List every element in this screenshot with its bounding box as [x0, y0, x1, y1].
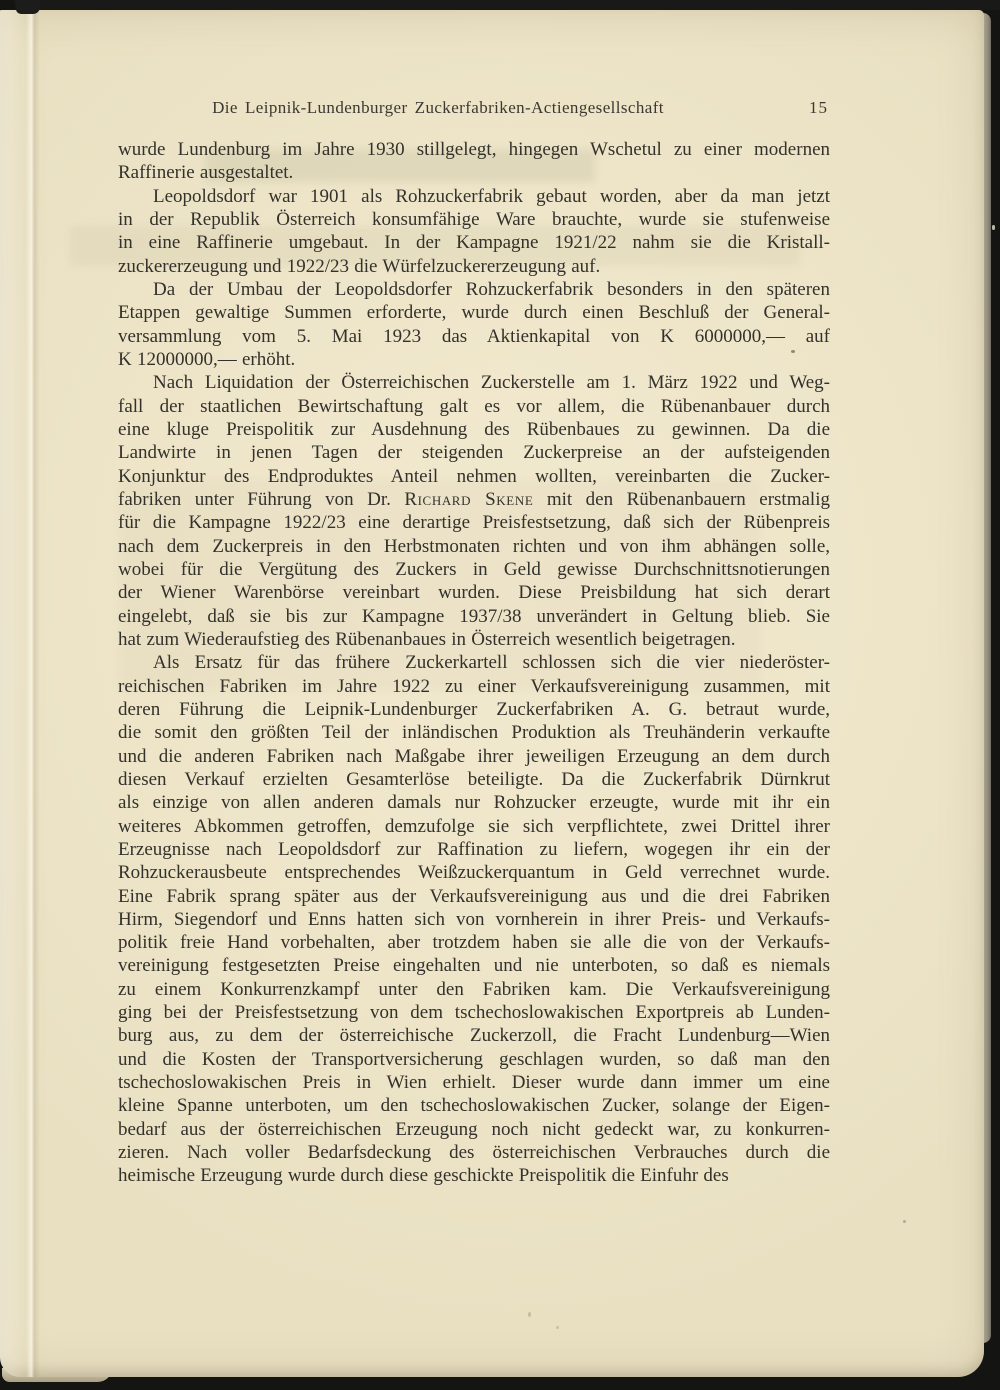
- text-line: Nach Liquidation der Österreichischen Zu…: [118, 371, 830, 394]
- scanned-book-page-screenshot: { "page": { "header": { "title": "Die Le…: [0, 0, 1000, 1390]
- text-line: Raffinerie ausgestaltet.: [118, 161, 830, 184]
- text-line: heimische Erzeugung wurde durch diese ge…: [118, 1164, 830, 1187]
- text-line: diesen Verkauf erzielten Gesamterlöse be…: [118, 768, 830, 791]
- text-line: Etappen gewaltige Summen erforderte, wur…: [118, 301, 830, 324]
- print-speck: [556, 1326, 559, 1329]
- text-line: weiteres Abkommen getroffen, demzufolge …: [118, 815, 830, 838]
- text-line: in eine Raffinerie umgebaut. In der Kamp…: [118, 231, 830, 254]
- text-line: fabriken unter Führung von Dr. Richard S…: [118, 488, 830, 511]
- text-line: Als Ersatz für das frühere Zuckerkartell…: [118, 651, 830, 674]
- text-line: vereinigung festgesetzten Preise eingeha…: [118, 954, 830, 977]
- text-line: Konjunktur des Endproduktes Anteil nehme…: [118, 465, 830, 488]
- text-run: fabriken unter Führung von Dr.: [118, 489, 404, 510]
- text-line: deren Führung die Leipnik-Lundenburger Z…: [118, 698, 830, 721]
- binding-crease: [26, 10, 40, 1377]
- text-line: und die anderen Fabriken nach Maßgabe ih…: [118, 745, 830, 768]
- text-line: eine kluge Preispolitik zur Ausdehnung d…: [118, 418, 830, 441]
- text-line: reichischen Fabriken im Jahre 1922 zu ei…: [118, 675, 830, 698]
- text-line: zuckererzeugung und 1922/23 die Würfelzu…: [118, 255, 830, 278]
- text-line: kleine Spanne unterboten, um den tschech…: [118, 1094, 830, 1117]
- text-line: der Wiener Warenbörse vereinbart wurden.…: [118, 581, 830, 604]
- text-line: zieren. Nach voller Bedarfsdeckung des ö…: [118, 1141, 830, 1164]
- text-line: ging bei der Preisfestsetzung von dem ts…: [118, 1001, 830, 1024]
- scan-top-edge-band: [14, 0, 1000, 10]
- scan-top-edge-band-tip: [16, 0, 40, 14]
- small-caps-name: Richard Skene: [404, 489, 533, 510]
- page-number: 15: [809, 98, 828, 118]
- text-line: wurde Lundenburg im Jahre 1930 stillgele…: [118, 138, 830, 161]
- text-line: eingelebt, daß sie bis zur Kampagne 1937…: [118, 605, 830, 628]
- print-speck: [791, 350, 795, 353]
- print-speck: [528, 1312, 531, 1317]
- text-line: hat zum Wiederaufstieg des Rübenanbaues …: [118, 628, 830, 651]
- text-line: tschechoslowakischen Preis in Wien erhie…: [118, 1071, 830, 1094]
- text-line: wobei für die Vergütung des Zuckers in G…: [118, 558, 830, 581]
- scanner-background: Die Leipnik-Lundenburger Zuckerfabriken-…: [0, 0, 1000, 1390]
- text-line: bedarf aus der österreichischen Erzeugun…: [118, 1118, 830, 1141]
- text-line: für die Kampagne 1922/23 eine derartige …: [118, 511, 830, 534]
- text-line: als einzige von allen anderen damals nur…: [118, 791, 830, 814]
- text-line: in der Republik Österreich konsumfähige …: [118, 208, 830, 231]
- text-line: politik freie Hand vorbehalten, aber tro…: [118, 931, 830, 954]
- text-line: Erzeugnisse nach Leopoldsdorf zur Raffin…: [118, 838, 830, 861]
- text-line: Rohzuckerausbeute entsprechendes Weißzuc…: [118, 861, 830, 884]
- page-body-text: wurde Lundenburg im Jahre 1930 stillgele…: [118, 138, 830, 1188]
- text-line: die somit den größten Teil der inländisc…: [118, 721, 830, 744]
- text-line: versammlung vom 5. Mai 1923 das Aktienka…: [118, 325, 830, 348]
- text-line: Hirm, Siegendorf und Enns hatten sich vo…: [118, 908, 830, 931]
- text-line: burg aus, zu dem der österreichische Zuc…: [118, 1024, 830, 1047]
- text-run: mit den Rübenanbauern erstmalig: [533, 489, 830, 510]
- print-speck: [903, 1220, 906, 1223]
- book-page: Die Leipnik-Lundenburger Zuckerfabriken-…: [0, 10, 984, 1377]
- header-title: Die Leipnik-Lundenburger Zuckerfabriken-…: [118, 98, 830, 118]
- text-line: Landwirte in jenen Tagen der steigenden …: [118, 441, 830, 464]
- text-line: und die Kosten der Transportversicherung…: [118, 1048, 830, 1071]
- text-line: zu einem Konkurrenzkampf unter den Fabri…: [118, 978, 830, 1001]
- text-line: nach dem Zuckerpreis in den Herbstmonate…: [118, 535, 830, 558]
- text-line: Eine Fabrik sprang später aus der Verkau…: [118, 885, 830, 908]
- text-line: Leopoldsdorf war 1901 als Rohzuckerfabri…: [118, 185, 830, 208]
- running-header: Die Leipnik-Lundenburger Zuckerfabriken-…: [118, 98, 830, 120]
- edge-dust-speck: [992, 225, 995, 230]
- text-line: Da der Umbau der Leopoldsdorfer Rohzucke…: [118, 278, 830, 301]
- text-line: fall der staatlichen Bewirtschaftung gal…: [118, 395, 830, 418]
- text-line: K 12000000,— erhöht.: [118, 348, 830, 371]
